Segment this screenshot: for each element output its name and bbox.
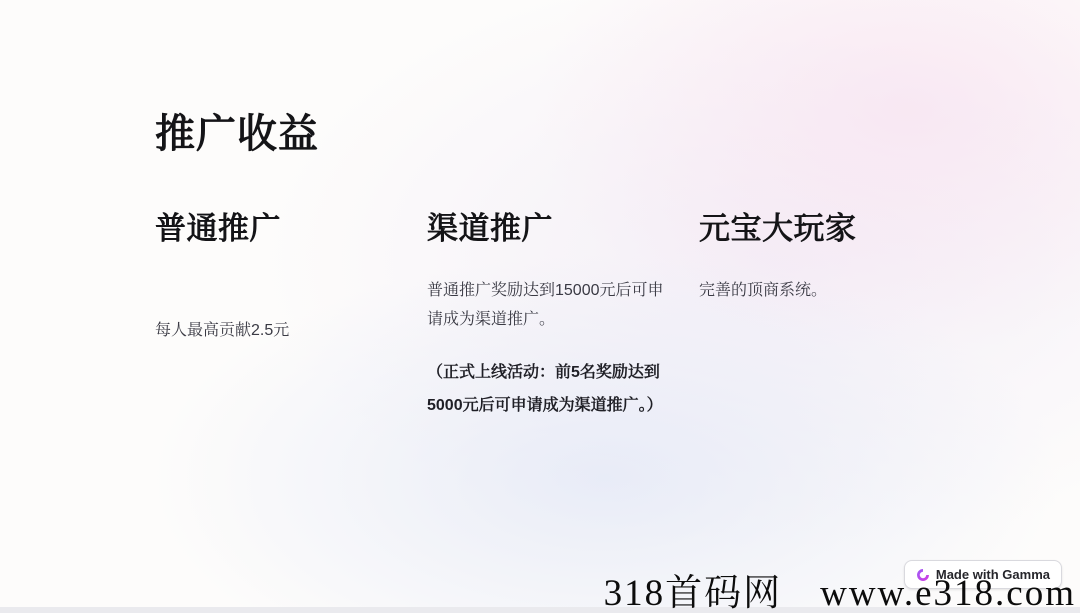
watermark-site-name: 318首码网 xyxy=(604,573,783,613)
column-note-text: （正式上线活动：前5名奖励达到5000元后可申请成为渠道推广。） xyxy=(427,357,671,423)
columns-container: 普通推广 每人最高贡献2.5元 渠道推广 普通推广奖励达到15000元后可申请成… xyxy=(155,208,943,423)
column-heading: 元宝大玩家 xyxy=(699,208,943,250)
column-body-text: 完善的顶商系统。 xyxy=(699,276,943,306)
site-watermark: 318首码网www.e318.com xyxy=(604,575,1076,612)
column-body-text: 每人最高贡献2.5元 xyxy=(155,316,399,346)
column-yuanbao-player: 元宝大玩家 完善的顶商系统。 xyxy=(699,208,943,423)
watermark-url: www.e318.com xyxy=(820,573,1076,613)
presentation-slide: 推广收益 普通推广 每人最高贡献2.5元 渠道推广 普通推广奖励达到15000元… xyxy=(0,0,1080,613)
column-body-text: 普通推广奖励达到15000元后可申请成为渠道推广。 xyxy=(427,276,671,335)
column-heading: 渠道推广 xyxy=(427,208,671,250)
column-heading: 普通推广 xyxy=(155,208,399,250)
page-title: 推广收益 xyxy=(155,108,319,160)
column-normal-promotion: 普通推广 每人最高贡献2.5元 xyxy=(155,208,399,423)
column-channel-promotion: 渠道推广 普通推广奖励达到15000元后可申请成为渠道推广。 （正式上线活动：前… xyxy=(427,208,671,423)
